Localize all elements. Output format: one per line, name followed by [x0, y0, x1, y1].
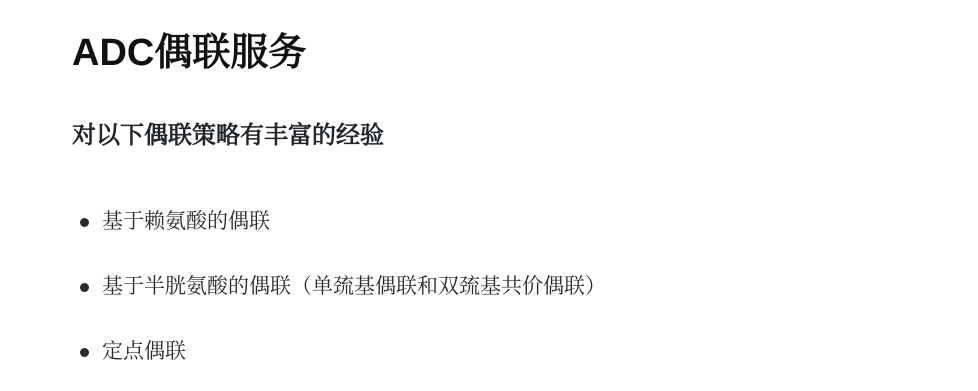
list-item: 定点偶联 [72, 336, 938, 368]
page: ADC偶联服务 对以下偶联策略有丰富的经验 基于赖氨酸的偶联 基于半胱氨酸的偶联… [0, 0, 978, 391]
content-section: ADC偶联服务 对以下偶联策略有丰富的经验 基于赖氨酸的偶联 基于半胱氨酸的偶联… [0, 0, 978, 368]
strategy-list: 基于赖氨酸的偶联 基于半胱氨酸的偶联（单巯基偶联和双巯基共价偶联） 定点偶联 [72, 206, 938, 368]
list-item-text: 基于赖氨酸的偶联 [102, 210, 270, 233]
page-title: ADC偶联服务 [72, 30, 938, 78]
list-item-text: 定点偶联 [102, 340, 186, 363]
bullet-icon [80, 283, 89, 292]
list-item: 基于半胱氨酸的偶联（单巯基偶联和双巯基共价偶联） [72, 271, 938, 303]
bullet-icon [80, 218, 89, 227]
list-item-text: 基于半胱氨酸的偶联（单巯基偶联和双巯基共价偶联） [102, 275, 606, 298]
section-subtitle: 对以下偶联策略有丰富的经验 [72, 122, 938, 151]
bullet-icon [80, 348, 89, 357]
list-item: 基于赖氨酸的偶联 [72, 206, 938, 238]
